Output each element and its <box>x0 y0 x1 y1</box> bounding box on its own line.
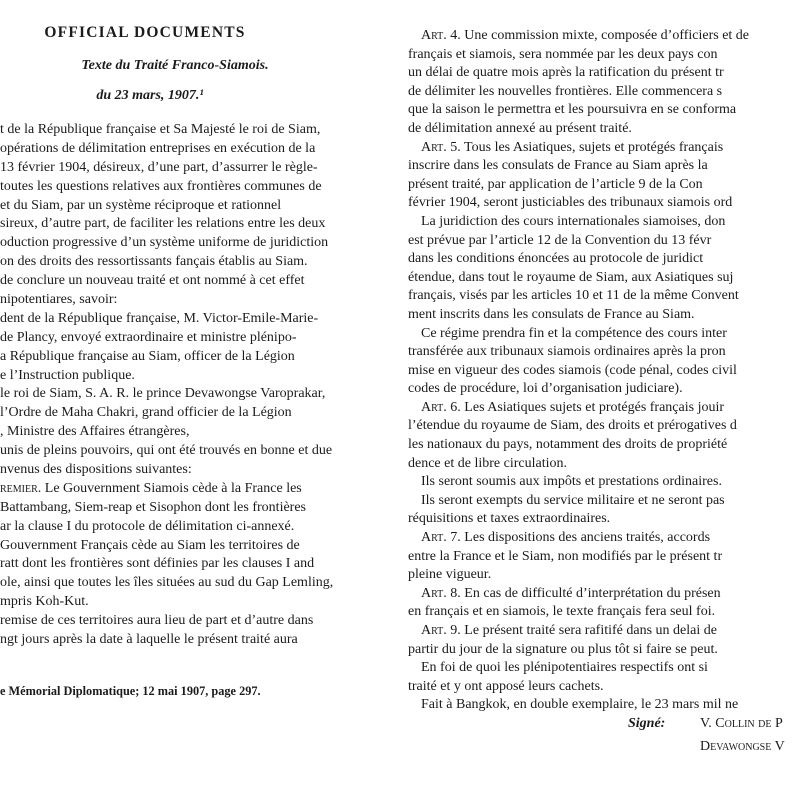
signature-name-collin: V. Collin de P <box>700 716 783 732</box>
text-line: Art. 9. Le présent traité sera rafitifé … <box>408 622 800 641</box>
text-line: a République française au Siam, officer … <box>0 348 394 367</box>
text-line: sireux, d’autre part, de faciliter les r… <box>0 215 394 234</box>
text-line: Battambang, Siem-reap et Sisophon dont l… <box>0 499 394 518</box>
text-line: remier. Le Gouvernment Siamois cède à la… <box>0 480 394 499</box>
text-line: et du Siam, par un système réciproque et… <box>0 197 394 216</box>
text-line: mise en vigueur des codes siamois (code … <box>408 362 800 381</box>
text-line: Art. 5. Tous les Asiatiques, sujets et p… <box>408 139 800 158</box>
text-line: français, visés par les articles 10 et 1… <box>408 287 800 306</box>
left-text-column: t de la République française et Sa Majes… <box>0 121 394 666</box>
text-line: Fait à Bangkok, en double exemplaire, le… <box>408 696 800 715</box>
signature-name-devawongse: Devawongse V <box>700 739 785 755</box>
text-line: que la saison le permettra et les poursu… <box>408 101 800 120</box>
text-line: on des droits des ressortissants fançais… <box>0 253 394 272</box>
text-line: l’Ordre de Maha Chakri, grand officier d… <box>0 404 394 423</box>
text-line: remise de ces territoires aura lieu de p… <box>0 612 394 631</box>
right-text-column: Art. 4. Une commission mixte, composée d… <box>408 27 800 719</box>
text-line: inscrire dans les consulats de France au… <box>408 157 800 176</box>
text-line: oduction progressive d’un système unifor… <box>0 234 394 253</box>
text-line: français et siamois, sera nommée par les… <box>408 46 800 65</box>
document-date-subtitle: du 23 mars, 1907.¹ <box>0 88 300 104</box>
document-title: OFFICIAL DOCUMENTS <box>0 24 290 42</box>
text-line: opérations de délimitation entreprises e… <box>0 140 394 159</box>
text-line: est prévue par l’article 12 de la Conven… <box>408 232 800 251</box>
text-line: ratt dont les frontières sont définies p… <box>0 555 394 574</box>
text-line: La juridiction des cours internationales… <box>408 213 800 232</box>
text-line: Ce régime prendra fin et la compétence d… <box>408 325 800 344</box>
text-line: Ils seront exempts du service militaire … <box>408 492 800 511</box>
text-line: présent traité, par application de l’art… <box>408 176 800 195</box>
text-line: de conclure un nouveau traité et ont nom… <box>0 272 394 291</box>
text-line: nipotentiares, savoir: <box>0 291 394 310</box>
text-line: dans les conditions énoncées au protocol… <box>408 250 800 269</box>
text-line: e l’Instruction publique. <box>0 367 394 386</box>
text-line: partir du jour de la signature ou plus t… <box>408 641 800 660</box>
text-line: nvenus des dispositions suivantes: <box>0 461 394 480</box>
text-line: réquisitions et taxes extraordinaires. <box>408 510 800 529</box>
footnote: e Mémorial Diplomatique; 12 mai 1907, pa… <box>0 684 261 699</box>
text-line: Gouvernment Français cède au Siam les te… <box>0 537 394 556</box>
text-line: En foi de quoi les plénipotentiaires res… <box>408 659 800 678</box>
text-line: traité et y ont apposé leurs cachets. <box>408 678 800 697</box>
text-line: les nationaux du pays, notamment des dro… <box>408 436 800 455</box>
text-line: de délimiter les nouvelles frontières. E… <box>408 83 800 102</box>
text-line: t de la République française et Sa Majes… <box>0 121 394 140</box>
text-line: entre la France et le Siam, non modifiés… <box>408 548 800 567</box>
text-line: Art. 8. En cas de difficulté d’interprét… <box>408 585 800 604</box>
text-line: codes de procédure, loi d’organisation j… <box>408 380 800 399</box>
text-line: unis de pleins pouvoirs, qui ont été tro… <box>0 442 394 461</box>
document-page: OFFICIAL DOCUMENTS Texte du Traité Franc… <box>0 0 800 800</box>
text-line: ngt jours après la date à laquelle le pr… <box>0 631 394 650</box>
text-line: février 1904, seront justiciables des tr… <box>408 194 800 213</box>
text-line: dence et de libre circulation. <box>408 455 800 474</box>
text-line: dent de la République française, M. Vict… <box>0 310 394 329</box>
text-line: ar la clause I du protocole de délimitat… <box>0 518 394 537</box>
text-line: transférée aux tribunaux siamois ordinai… <box>408 343 800 362</box>
text-line: en français et en siamois, le texte fran… <box>408 603 800 622</box>
text-line: de délimitation annexé au présent traité… <box>408 120 800 139</box>
text-line: l’étendue du royaume de Siam, des droits… <box>408 417 800 436</box>
text-line: un délai de quatre mois après la ratific… <box>408 64 800 83</box>
text-line: ole, ainsi que toutes les îles situées a… <box>0 574 394 593</box>
text-line: , Ministre des Affaires étrangères, <box>0 423 394 442</box>
text-line: Art. 4. Une commission mixte, composée d… <box>408 27 800 46</box>
text-line: le roi de Siam, S. A. R. le prince Devaw… <box>0 385 394 404</box>
text-line: mpris Koh-Kut. <box>0 593 394 612</box>
text-line: Art. 7. Les dispositions des anciens tra… <box>408 529 800 548</box>
text-line: étendue, dans tout le royaume de Siam, a… <box>408 269 800 288</box>
document-subtitle: Texte du Traité Franco-Siamois. <box>10 58 340 74</box>
text-line: ment inscrits dans les consulats de Fran… <box>408 306 800 325</box>
text-line: toutes les questions relatives aux front… <box>0 178 394 197</box>
text-line: 13 février 1904, désireux, d’une part, d… <box>0 159 394 178</box>
text-line: pleine vigueur. <box>408 566 800 585</box>
signature-label: Signé: <box>628 716 665 732</box>
text-line: Ils seront soumis aux impôts et prestati… <box>408 473 800 492</box>
text-line: de Plancy, envoyé extraordinaire et mini… <box>0 329 394 348</box>
text-line: Art. 6. Les Asiatiques sujets et protégé… <box>408 399 800 418</box>
